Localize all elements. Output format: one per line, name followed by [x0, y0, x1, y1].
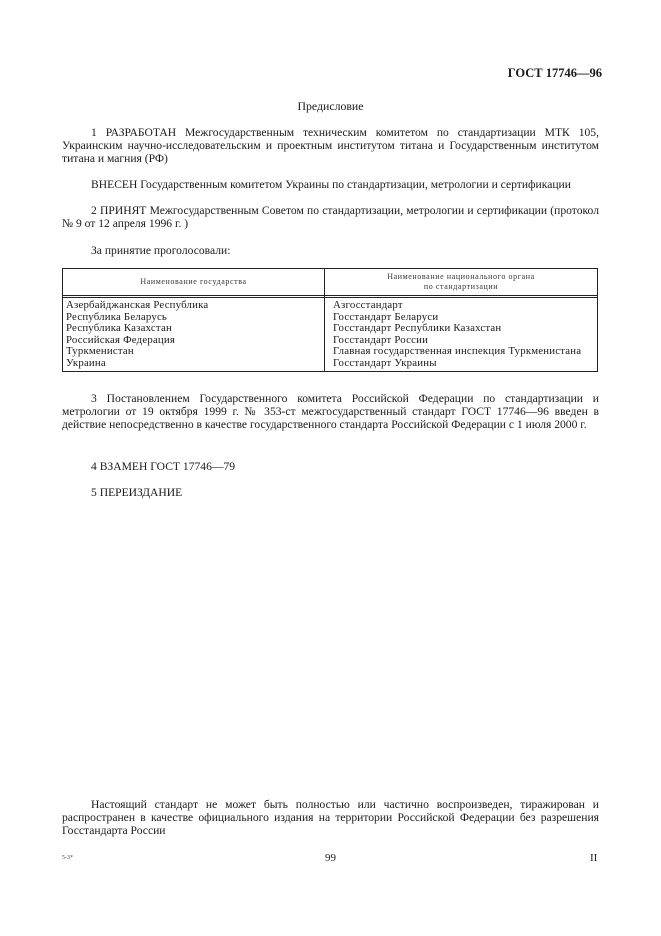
- table-header-body: Наименование национального органа по ста…: [325, 269, 597, 295]
- page-number: 99: [0, 852, 661, 864]
- paragraph-developed: 1 РАЗРАБОТАН Межгосударственным техничес…: [62, 126, 599, 165]
- paragraph-reissue: 5 ПЕРЕИЗДАНИЕ: [62, 486, 599, 499]
- footer-section-mark: II: [590, 852, 597, 864]
- voted-label: За принятие проголосовали:: [62, 244, 599, 257]
- document-code: ГОСТ 17746—96: [0, 66, 602, 81]
- table-cell: Азгосстандарт: [333, 300, 581, 312]
- table-cell: Украина: [66, 358, 208, 370]
- table-header-body-line1: Наименование национального органа: [387, 272, 535, 282]
- table-cell: Азербайджанская Республика: [66, 300, 208, 312]
- section-title: Предисловие: [0, 99, 661, 114]
- voting-table: Наименование государства Наименование на…: [62, 268, 598, 372]
- table-header-body-line2: по стандартизации: [387, 282, 535, 292]
- paragraph-introduced: ВНЕСЕН Государственным комитетом Украины…: [62, 178, 599, 191]
- table-header-state: Наименование государства: [63, 269, 324, 295]
- header-separator: [62, 295, 598, 296]
- table-column-bodies: Азгосстандарт Госстандарт Беларуси Госст…: [333, 300, 581, 370]
- paragraph-adopted: 2 ПРИНЯТ Межгосударственным Советом по с…: [62, 204, 599, 230]
- paragraph-resolution: 3 Постановлением Государственного комите…: [62, 392, 599, 431]
- paragraph-replaces: 4 ВЗАМЕН ГОСТ 17746—79: [62, 460, 599, 473]
- table-cell: Госстандарт Украины: [333, 358, 581, 370]
- header-separator-double: [62, 297, 598, 298]
- copyright-notice: Настоящий стандарт не может быть полност…: [62, 798, 599, 837]
- column-divider: [324, 269, 325, 371]
- table-column-states: Азербайджанская Республика Республика Бе…: [66, 300, 208, 370]
